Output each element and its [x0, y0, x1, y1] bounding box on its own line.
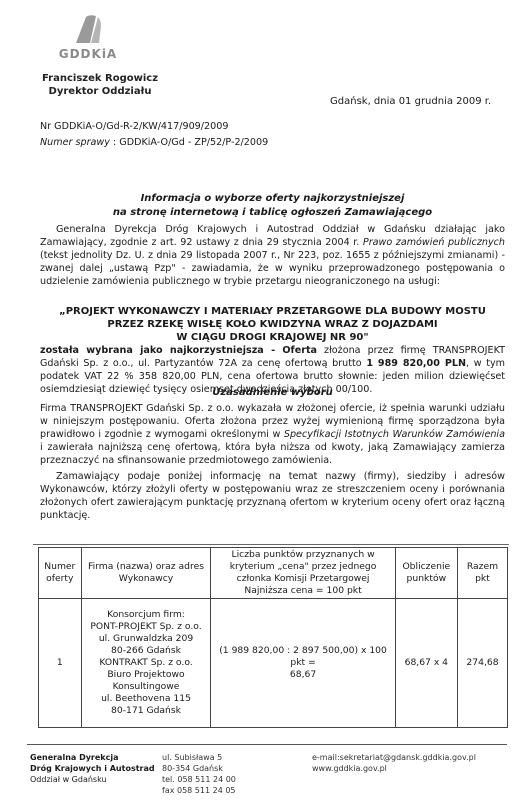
cell-firm: Konsorcjum firm: PONT-PROJEKT Sp. z o.o.…: [81, 599, 211, 728]
offers-info-text: Zamawiający podaje poniżej informację na…: [40, 471, 505, 521]
firm-line: Konsorcjum firm:: [85, 609, 208, 621]
firm-line: 80-266 Gdańsk: [85, 645, 208, 657]
reference-number: Nr GDDKiA-O/Gd-R-2/KW/417/909/2009: [40, 121, 228, 132]
cell-total: 274,68: [457, 599, 507, 728]
road-logo-icon: [74, 14, 102, 44]
footer-street: ul. Subisława 5: [162, 752, 236, 763]
firm-line: ul. Beethovena 115: [85, 693, 208, 705]
firm-line: KONTRAKT Sp. z o.o.: [85, 657, 208, 669]
cell-offer-number: 1: [39, 599, 82, 728]
footer-fax: fax 058 511 24 05: [162, 785, 236, 796]
footer-address: ul. Subisława 5 80-354 Gdańsk tel. 058 5…: [162, 752, 236, 796]
gddkia-logo: GDDKiA: [52, 14, 124, 62]
divider: [33, 544, 509, 545]
justification-paragraph: Firma TRANSPROJEKT Gdański Sp. z o.o. wy…: [40, 402, 505, 467]
project-line-2: PRZEZ RZEKĘ WISŁĘ KOŁO KWIDZYNA WRAZ Z D…: [40, 318, 505, 331]
footer-website[interactable]: www.gddkia.gov.pl: [312, 763, 476, 774]
col-offer-number: Numer oferty: [39, 548, 82, 599]
col-points: Liczba punktów przyznanych w kryterium „…: [211, 548, 395, 599]
points-header-note: Najniższa cena = 100 pkt: [244, 585, 361, 596]
footer-postal: 80-354 Gdańsk: [162, 763, 236, 774]
justification-text-2: i zawierała najniższą cenę ofertową, któ…: [40, 442, 505, 466]
points-header: Liczba punktów przyznanych w kryterium „…: [230, 549, 377, 584]
intro-text-2: (tekst jednolity Dz. U. z dnia 29 listop…: [40, 250, 505, 287]
col-firm: Firma (nazwa) oraz adres Wykonawcy: [81, 548, 211, 599]
director-block: Franciszek Rogowicz Dyrektor Oddziału: [40, 72, 160, 98]
law-name: Prawo zamówień publicznych: [363, 237, 505, 248]
project-name: „PROJEKT WYKONAWCZY I MATERIAŁY PRZETARG…: [40, 305, 505, 344]
place-date: Gdańsk, dnia 01 grudnia 2009 r.: [330, 96, 491, 107]
title-line-1: Informacja o wyborze oferty najkorzystni…: [40, 192, 505, 206]
firm-line: ul. Grunwaldzka 209: [85, 633, 208, 645]
points-formula: (1 989 820,00 : 2 897 500,00) x 100 pkt …: [214, 645, 391, 669]
selection-lead: została wybrana jako najkorzystniejsza -…: [40, 345, 317, 356]
logo-text: GDDKiA: [52, 47, 124, 61]
justification-heading: Uzasadnienie wyboru: [40, 387, 505, 398]
spec-name: Specyfikacji Istotnych Warunków Zamówien…: [284, 429, 505, 440]
title-line-2: na stronę internetową i tablicę ogłoszeń…: [40, 206, 505, 220]
offer-price: 1 989 820,00 PLN: [366, 358, 466, 369]
project-line-3: W CIĄGU DROGI KRAJOWEJ NR 90": [40, 331, 505, 344]
firm-line: Biuro Projektowo: [85, 669, 208, 681]
footer-organization: Generalna Dyrekcja Dróg Krajowych i Auto…: [30, 752, 155, 785]
footer-contact: e-mail:sekretariat@gdansk.gddkia.gov.pl …: [312, 752, 476, 774]
footer-divider: [27, 744, 507, 745]
org-line-3: Oddział w Gdańsku: [30, 775, 107, 784]
cell-points: (1 989 820,00 : 2 897 500,00) x 100 pkt …: [211, 599, 395, 728]
firm-line: PONT-PROJEKT Sp. z o.o.: [85, 621, 208, 633]
cell-calculation: 68,67 x 4: [395, 599, 457, 728]
table-row: 1 Konsorcjum firm: PONT-PROJEKT Sp. z o.…: [39, 599, 508, 728]
document-title: Informacja o wyborze oferty najkorzystni…: [40, 192, 505, 219]
case-label: Numer sprawy: [40, 137, 110, 148]
director-title: Dyrektor Oddziału: [40, 85, 160, 98]
director-name: Franciszek Rogowicz: [40, 72, 160, 85]
intro-paragraph: Generalna Dyrekcja Dróg Krajowych i Auto…: [40, 223, 505, 288]
offers-info-paragraph: Zamawiający podaje poniżej informację na…: [40, 470, 505, 522]
footer-phone: tel. 058 511 24 00: [162, 774, 236, 785]
table-header-row: Numer oferty Firma (nazwa) oraz adres Wy…: [39, 548, 508, 599]
firm-line: 80-171 Gdańsk: [85, 705, 208, 717]
org-line-2: Dróg Krajowych i Autostrad: [30, 764, 155, 773]
org-line-1: Generalna Dyrekcja: [30, 753, 119, 762]
firm-line: Konsultingowe: [85, 681, 208, 693]
case-number: Numer sprawy : GDDKiA-O/Gd - ZP/52/P-2/2…: [40, 137, 268, 148]
project-line-1: „PROJEKT WYKONAWCZY I MATERIAŁY PRZETARG…: [40, 305, 505, 318]
offers-table: Numer oferty Firma (nazwa) oraz adres Wy…: [38, 547, 508, 728]
case-number-value: : GDDKiA-O/Gd - ZP/52/P-2/2009: [110, 137, 268, 148]
col-calculation: Obliczenie punktów: [395, 548, 457, 599]
footer-email[interactable]: e-mail:sekretariat@gdansk.gddkia.gov.pl: [312, 752, 476, 763]
points-result: 68,67: [214, 669, 391, 681]
col-total: Razem pkt: [457, 548, 507, 599]
